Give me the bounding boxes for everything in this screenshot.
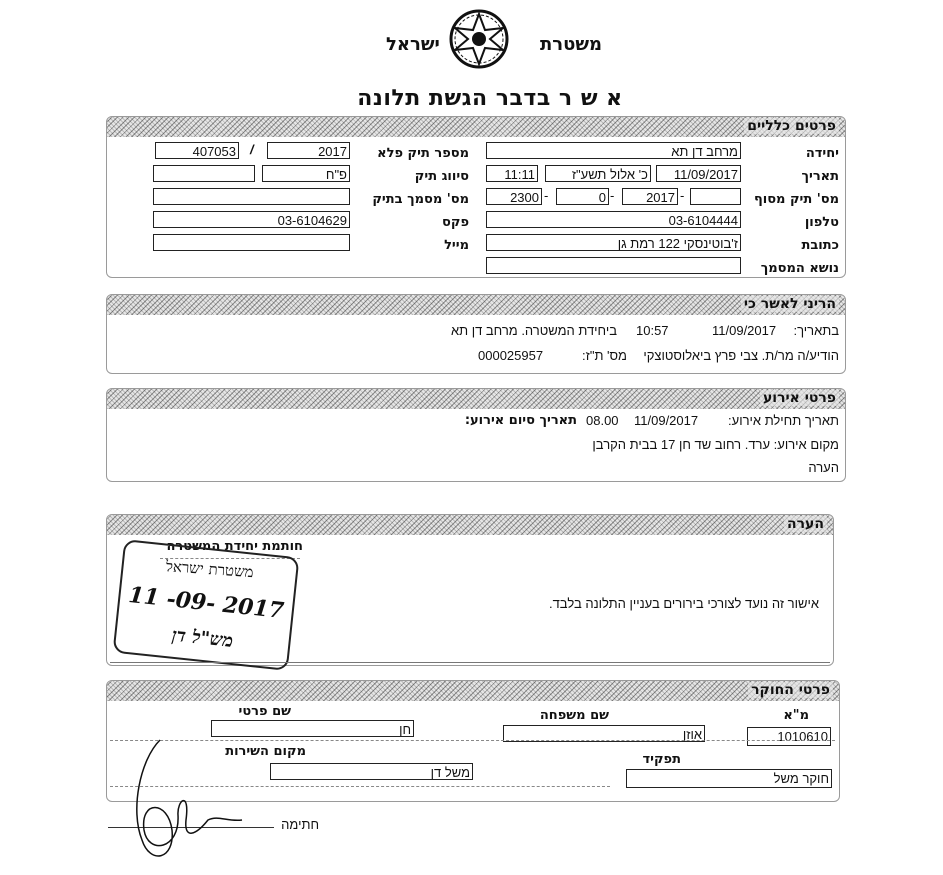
dash: -: [610, 188, 614, 203]
certify-unit: ביחידת המשטרה. מרחב דן תא: [451, 323, 617, 338]
section-title: הערה: [784, 516, 827, 532]
date-field[interactable]: 11/09/2017: [656, 165, 741, 182]
event-start-date: 11/09/2017: [634, 413, 698, 428]
role-field[interactable]: חוקר משל: [626, 769, 832, 788]
phone-label: טלפון: [805, 215, 839, 230]
page-title: א ש ר בדבר הגשת תלונה: [340, 86, 640, 111]
stamp-unit: מש"ל דן: [116, 619, 289, 658]
org-name-left: ישראל: [386, 34, 440, 55]
signature-label: חתימה: [281, 817, 319, 832]
event-note-label: הערה: [808, 460, 839, 475]
doc-num-label: מס' מסמך בתיק: [372, 192, 469, 207]
subject-label: נושא המסמך: [761, 261, 839, 276]
section-title: הריני לאשר כי: [741, 296, 839, 312]
service-field[interactable]: משל דן: [270, 763, 473, 780]
address-field[interactable]: ז'בוטינסקי 122 רמת גן: [486, 234, 741, 251]
final-case-part-2[interactable]: 2017: [622, 188, 678, 205]
case-class-label: סיווג תיק: [415, 169, 469, 184]
case-class-extra-field[interactable]: [153, 165, 255, 182]
event-location: מקום אירוע: ערד. רחוב שד חן 17 בבית הקרב…: [592, 437, 839, 452]
pela-case-label: מספר תיק פלא: [377, 146, 469, 161]
date-label: תאריך: [801, 169, 839, 184]
hebrew-date-field[interactable]: כ' אלול תשע"ז: [545, 165, 651, 182]
section-title: פרטי החוקר: [748, 682, 833, 698]
investigator-id-label: מ"א: [783, 708, 809, 723]
slash-separator: /: [250, 142, 254, 157]
investigator-id-field[interactable]: 1010610: [747, 727, 831, 746]
remark-text: אישור זה נועד לצורכי בירורים בעניין התלו…: [549, 596, 819, 611]
subject-field[interactable]: [486, 257, 741, 274]
fax-field[interactable]: 03-6104629: [153, 211, 350, 228]
address-label: כתובת: [801, 238, 839, 253]
event-start-label: תאריך תחילת אירוע:: [728, 413, 839, 428]
final-case-part-4[interactable]: 2300: [486, 188, 542, 205]
final-case-part-3[interactable]: 0: [556, 188, 609, 205]
last-name-label: שם משפחה: [540, 708, 609, 723]
fax-label: פקס: [442, 215, 469, 230]
case-class-field[interactable]: פ"ח: [262, 165, 350, 182]
police-emblem-icon: [448, 8, 510, 70]
event-start-time: 08.00: [586, 413, 619, 428]
email-label: מייל: [444, 238, 469, 253]
certify-id: 000025957: [478, 348, 543, 363]
phone-field[interactable]: 03-6104444: [486, 211, 741, 228]
doc-num-field[interactable]: [153, 188, 350, 205]
section-title: פרטים כלליים: [744, 118, 839, 134]
event-end-label: תאריך סיום אירוע:: [465, 413, 577, 428]
certify-id-label: מס' ת"ז:: [582, 348, 627, 363]
stamp-org: משטרת ישראל: [123, 554, 296, 585]
final-case-label: מס' תיק מסוף: [754, 192, 839, 207]
unit-field[interactable]: מרחב דן תא: [486, 142, 741, 159]
first-name-label: שם פרטי: [239, 704, 291, 719]
final-case-part-1[interactable]: [690, 188, 741, 205]
certify-date-label: בתאריך:: [793, 323, 839, 338]
time-field[interactable]: 11:11: [486, 165, 538, 182]
email-field[interactable]: [153, 234, 350, 251]
certify-time: 10:57: [636, 323, 669, 338]
pela-year-field[interactable]: 2017: [267, 142, 350, 159]
certify-reporter: הודיע/ה מר/ת. צבי פרץ ביאלוסטוצקי: [643, 348, 839, 363]
stamp-date: 11 -09- 2017: [119, 581, 293, 625]
dash: -: [544, 188, 548, 203]
org-name-right: משטרת: [540, 34, 602, 55]
unit-label: יחידה: [806, 146, 839, 161]
event-section: פרטי אירוע: [106, 388, 846, 482]
section-title: פרטי אירוע: [760, 390, 839, 406]
role-label: תפקיד: [643, 752, 681, 767]
dash: -: [680, 188, 684, 203]
police-stamp: משטרת ישראל 11 -09- 2017 מש"ל דן: [113, 539, 300, 671]
certify-date: 11/09/2017: [712, 323, 776, 338]
pela-number-field[interactable]: 407053: [155, 142, 239, 159]
signature-mark: [120, 720, 250, 870]
